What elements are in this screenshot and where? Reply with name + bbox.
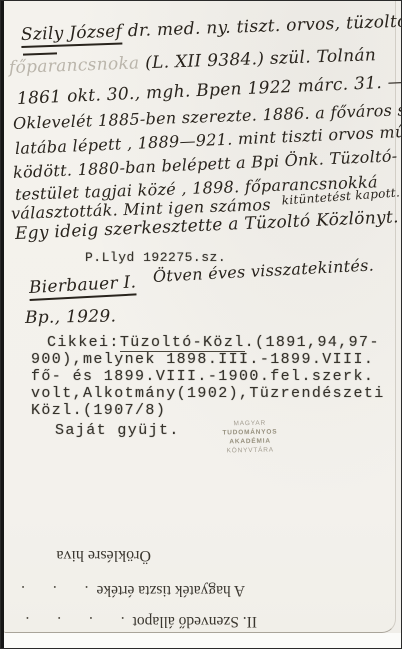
note-place-date: Bp., 1929. [25,306,117,328]
typed-articles-line-4: volt,Alkotmány(1902),Tüzrendészeti [31,385,385,402]
typed-articles-line-3: fő- és 1899.VIII.-1900.fel.szerk. [31,368,374,385]
form-line-1-label: Öröklésre hiva [56,546,151,564]
typed-articles-line-1: Cikkei:Tüzoltó-Közl.(1891,94,97- [47,334,380,351]
form-line-2-label: A hagyaték tiszta értéke [97,581,245,599]
library-stamp: MAGYAR TUDOMÁNYOS AKADÉMIA KÖNYVTÁRA [204,418,297,456]
stamp-line-3: KÖNYVTÁRA [204,445,296,456]
person-name: Szily József [21,21,123,48]
form-line-estate-value: A hagyaték tiszta értéke . . . . . . . [1,581,245,599]
form-line-3-label: II. Szenvedő állapot [133,612,257,630]
collection-note: Saját gyüjt. [55,422,180,439]
journal-name: Tüzoltó-Közl [120,334,245,352]
form-line-2-leader-dots: . . . . . . . [0,581,89,599]
form-line-passive-state: II. Szenvedő állapot . . . . . . . . . . [7,612,257,630]
form-line-inheritance: Öröklésre hiva [0,546,151,564]
typed-articles-line-2: 900),melynek 1898.III.-1899.VIII. [31,351,374,368]
articles-years: .(1891,94,97- [245,334,380,351]
scan-background-strip [4,633,402,649]
stamp-line-2: TUDOMÁNYOS AKADÉMIA [204,427,296,447]
form-line-3-leader-dots: . . . . . . . . . . [0,612,125,630]
typed-articles-line-5: Közl.(1907/8) [31,402,166,419]
articles-label: Cikkei: [47,334,120,351]
typed-reference: P.Llyd 192275.sz. [85,250,226,265]
scanned-card: Szily József dr. med. ny. tiszt. orvos, … [0,0,402,649]
note-author: Bierbauer I. [28,272,136,298]
